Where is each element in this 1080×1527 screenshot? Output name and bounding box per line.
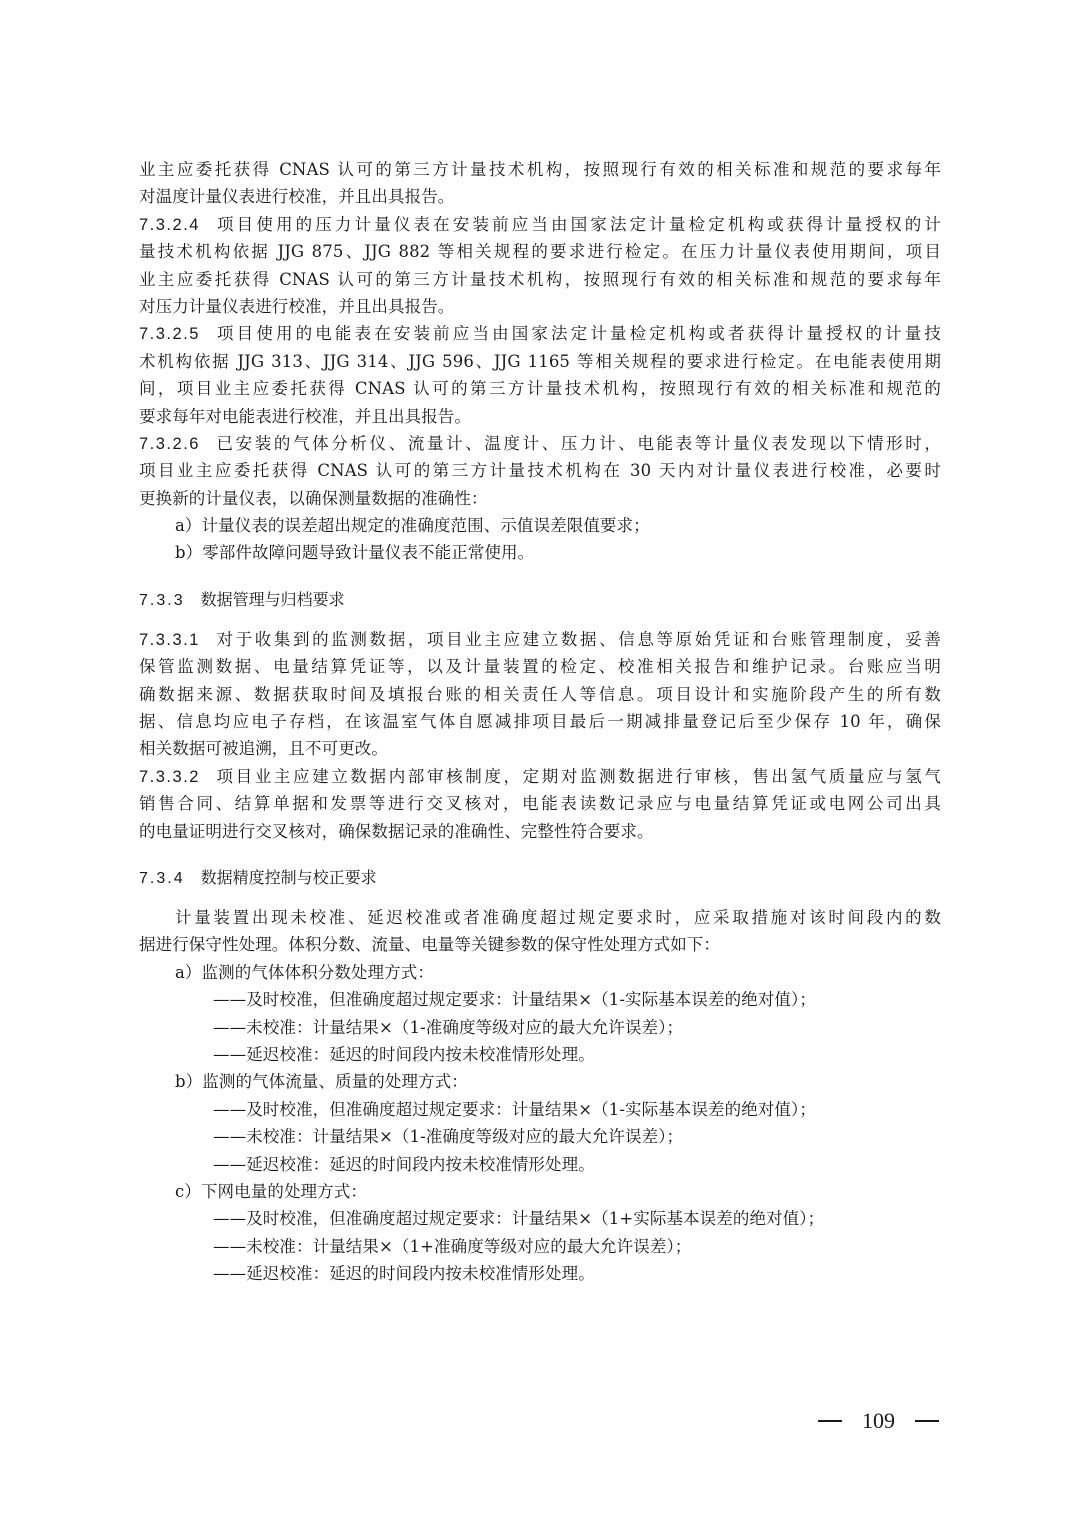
list-item: a）计量仪表的误差超出规定的准确度范围、示值误差限值要求； xyxy=(139,512,941,539)
clause-number: 7.3.3.2 xyxy=(139,768,200,786)
text-line: 要求每年对电能表进行校准，并且出具报告。 xyxy=(139,403,941,430)
text-line: 7.3.2.4项目使用的压力计量仪表在安装前应当由国家法定计量检定机构或获得计量… xyxy=(139,211,941,238)
text-line: 7.3.3.2项目业主应建立数据内部审核制度，定期对监测数据进行审核，售出氢气质… xyxy=(139,763,941,790)
clause-7-3-2-6: 7.3.2.6已安装的气体分析仪、流量计、温度计、压力计、电能表等计量仪表发现以… xyxy=(139,430,941,567)
clause-number: 7.3.2.5 xyxy=(139,325,200,343)
section-heading-7-3-3: 7.3.3数据管理与归档要求 xyxy=(139,587,941,614)
text-line: 相关数据可被追溯，且不可更改。 xyxy=(139,735,941,762)
list-item: ——未校准：计量结果×（1-准确度等级对应的最大允许误差）； xyxy=(139,1014,941,1041)
list-item: ——及时校准，但准确度超过规定要求：计量结果×（1+实际基本误差的绝对值）； xyxy=(139,1205,941,1232)
section-number: 7.3.3 xyxy=(139,592,185,609)
text-line: 确数据来源、数据获取时间及填报台账的相关责任人等信息。项目设计和实施阶段产生的所… xyxy=(139,681,941,708)
dash-right xyxy=(915,1420,939,1422)
list-item: ——未校准：计量结果×（1+准确度等级对应的最大允许误差）； xyxy=(139,1233,941,1260)
clause-7-3-2-4: 7.3.2.4项目使用的压力计量仪表在安装前应当由国家法定计量检定机构或获得计量… xyxy=(139,211,941,321)
list-item: ——未校准：计量结果×（1-准确度等级对应的最大允许误差）； xyxy=(139,1123,941,1150)
text-line: 术机构依据 JJG 313、JJG 314、JJG 596、JJG 1165 等… xyxy=(139,348,941,375)
list-group-label: c）下网电量的处理方式： xyxy=(139,1178,941,1205)
clause-number: 7.3.2.6 xyxy=(139,435,200,453)
text-line: 项目业主应委托获得 CNAS 认可的第三方计量技术机构在 30 天内对计量仪表进… xyxy=(139,457,941,484)
list-group-b: b）监测的气体流量、质量的处理方式： ——及时校准，但准确度超过规定要求：计量结… xyxy=(139,1068,941,1178)
page-number: 109 xyxy=(818,1408,939,1434)
list-item: b）零部件故障问题导致计量仪表不能正常使用。 xyxy=(139,539,941,566)
clause-text: 项目使用的电能表在安装前应当由国家法定计量检定机构或者获得计量授权的计量技 xyxy=(214,324,941,343)
clause-7-3-3-2: 7.3.3.2项目业主应建立数据内部审核制度，定期对监测数据进行审核，售出氢气质… xyxy=(139,763,941,845)
section-number: 7.3.4 xyxy=(139,870,185,887)
list-group-a: a）监测的气体体积分数处理方式： ——及时校准，但准确度超过规定要求：计量结果×… xyxy=(139,959,941,1069)
text-line: 业主应委托获得 CNAS 认可的第三方计量技术机构，按照现行有效的相关标准和规范… xyxy=(139,156,941,183)
text-line: 7.3.2.6已安装的气体分析仪、流量计、温度计、压力计、电能表等计量仪表发现以… xyxy=(139,430,941,457)
text-line: 据进行保守性处理。体积分数、流量、电量等关键参数的保守性处理方式如下： xyxy=(139,931,941,958)
clause-number: 7.3.3.1 xyxy=(139,631,200,649)
clause-7-3-3-1: 7.3.3.1对于收集到的监测数据，项目业主应建立数据、信息等原始凭证和台账管理… xyxy=(139,626,941,763)
text-line: 销售合同、结算单据和发票等进行交叉核对，电能表读数记录应与电量结算凭证或电网公司… xyxy=(139,790,941,817)
clause-text: 项目业主应建立数据内部审核制度，定期对监测数据进行审核，售出氢气质量应与氢气 xyxy=(214,767,941,786)
page-number-value: 109 xyxy=(862,1408,895,1434)
document-page: 业主应委托获得 CNAS 认可的第三方计量技术机构，按照现行有效的相关标准和规范… xyxy=(139,156,941,1287)
text-line: 对温度计量仪表进行校准，并且出具报告。 xyxy=(139,183,941,210)
text-line: 间，项目业主应委托获得 CNAS 认可的第三方计量技术机构，按照现行有效的相关标… xyxy=(139,375,941,402)
paragraph-intro: 计量装置出现未校准、延迟校准或者准确度超过规定要求时，应采取措施对该时间段内的数… xyxy=(139,904,941,959)
clause-text: 项目使用的压力计量仪表在安装前应当由国家法定计量检定机构或获得计量授权的计 xyxy=(214,215,941,234)
text-line: 业主应委托获得 CNAS 认可的第三方计量技术机构，按照现行有效的相关标准和规范… xyxy=(139,266,941,293)
list-item: ——延迟校准：延迟的时间段内按未校准情形处理。 xyxy=(139,1151,941,1178)
text-line: 据、信息均应电子存档，在该温室气体自愿减排项目最后一期减排量登记后至少保存 10… xyxy=(139,708,941,735)
text-line: 量技术机构依据 JJG 875、JJG 882 等相关规程的要求进行检定。在压力… xyxy=(139,238,941,265)
list-item: ——延迟校准：延迟的时间段内按未校准情形处理。 xyxy=(139,1260,941,1287)
list-group-c: c）下网电量的处理方式： ——及时校准，但准确度超过规定要求：计量结果×（1+实… xyxy=(139,1178,941,1288)
dash-left xyxy=(818,1420,842,1422)
text-line: 更换新的计量仪表，以确保测量数据的准确性： xyxy=(139,485,941,512)
text-line: 对压力计量仪表进行校准，并且出具报告。 xyxy=(139,293,941,320)
paragraph-continuation: 业主应委托获得 CNAS 认可的第三方计量技术机构，按照现行有效的相关标准和规范… xyxy=(139,156,941,211)
list-group-label: b）监测的气体流量、质量的处理方式： xyxy=(139,1068,941,1095)
section-heading-7-3-4: 7.3.4数据精度控制与校正要求 xyxy=(139,865,941,892)
list-item: ——及时校准，但准确度超过规定要求：计量结果×（1-实际基本误差的绝对值）； xyxy=(139,986,941,1013)
section-title: 数据精度控制与校正要求 xyxy=(201,870,377,887)
text-line: 计量装置出现未校准、延迟校准或者准确度超过规定要求时，应采取措施对该时间段内的数 xyxy=(139,904,941,931)
clause-7-3-2-5: 7.3.2.5项目使用的电能表在安装前应当由国家法定计量检定机构或者获得计量授权… xyxy=(139,320,941,430)
section-title: 数据管理与归档要求 xyxy=(201,592,345,609)
text-line: 7.3.2.5项目使用的电能表在安装前应当由国家法定计量检定机构或者获得计量授权… xyxy=(139,320,941,347)
text-line: 7.3.3.1对于收集到的监测数据，项目业主应建立数据、信息等原始凭证和台账管理… xyxy=(139,626,941,653)
list-group-label: a）监测的气体体积分数处理方式： xyxy=(139,959,941,986)
text-line: 的电量证明进行交叉核对，确保数据记录的准确性、完整性符合要求。 xyxy=(139,818,941,845)
clause-number: 7.3.2.4 xyxy=(139,216,200,234)
list-item: ——及时校准，但准确度超过规定要求：计量结果×（1-实际基本误差的绝对值）； xyxy=(139,1096,941,1123)
list-item: ——延迟校准：延迟的时间段内按未校准情形处理。 xyxy=(139,1041,941,1068)
clause-text: 已安装的气体分析仪、流量计、温度计、压力计、电能表等计量仪表发现以下情形时， xyxy=(214,434,941,453)
clause-text: 对于收集到的监测数据，项目业主应建立数据、信息等原始凭证和台账管理制度，妥善 xyxy=(214,630,941,649)
text-line: 保管监测数据、电量结算凭证等，以及计量装置的检定、校准相关报告和维护记录。台账应… xyxy=(139,653,941,680)
